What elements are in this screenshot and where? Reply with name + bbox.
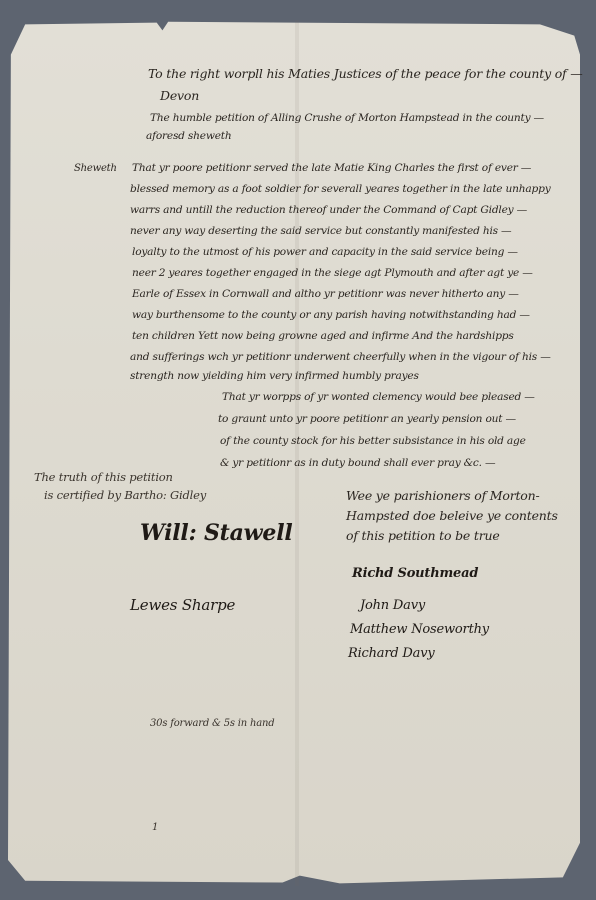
signature-will-stawell: Will: Stawell — [140, 520, 293, 546]
certification-line-1: The truth of this petition — [34, 470, 173, 484]
body-line: and sufferings wch yr petitionr underwen… — [130, 351, 551, 363]
signature-matthew-noseworthy: Matthew Noseworthy — [350, 622, 489, 637]
signature-lewes-sharpe: Lewes Sharpe — [130, 596, 235, 614]
page-mark: 1 — [152, 822, 158, 833]
signature-john-davy: John Davy — [360, 598, 425, 613]
parishioners-line-3: of this petition to be true — [346, 528, 500, 543]
prayer-line: of the county stock for his better subsi… — [220, 435, 526, 447]
address-line-2: Devon — [160, 88, 199, 103]
manuscript-page — [8, 20, 580, 886]
prayer-line: to graunt unto yr poore petitionr an yea… — [218, 413, 516, 425]
parishioners-line-1: Wee ye parishioners of Morton- — [346, 488, 540, 503]
paper-fold-crease — [295, 20, 299, 886]
body-line: blessed memory as a foot soldier for sev… — [130, 183, 550, 195]
body-line: Earle of Essex in Cornwall and altho yr … — [132, 288, 519, 300]
address-line-1: To the right worpll his Maties Justices … — [148, 66, 583, 81]
signature-richd-southmead: Richd Southmead — [352, 566, 478, 581]
margin-note-sheweth: Sheweth — [74, 163, 117, 174]
body-line: way burthensome to the county or any par… — [132, 309, 530, 321]
body-line: neer 2 yeares together engaged in the si… — [132, 267, 533, 279]
body-line: ten children Yett now being growne aged … — [132, 330, 514, 342]
petitioner-heading-line-1: The humble petition of Alling Crushe of … — [150, 112, 544, 124]
prayer-line: That yr worpps of yr wonted clemency wou… — [222, 391, 535, 403]
prayer-line: & yr petitionr as in duty bound shall ev… — [220, 457, 495, 469]
endorsement-note: 30s forward & 5s in hand — [150, 718, 274, 729]
certification-line-2: is certified by Bartho: Gidley — [44, 488, 206, 502]
body-line: loyalty to the utmost of his power and c… — [132, 246, 518, 258]
body-line: strength now yielding him very infirmed … — [130, 370, 419, 382]
body-line: never any way deserting the said service… — [130, 225, 511, 237]
petitioner-heading-line-2: aforesd sheweth — [146, 130, 231, 142]
body-line: warrs and untill the reduction thereof u… — [130, 204, 527, 216]
parishioners-line-2: Hampsted doe beleive ye contents — [346, 508, 558, 523]
body-line: That yr poore petitionr served the late … — [132, 162, 531, 174]
signature-richard-davy: Richard Davy — [348, 646, 434, 661]
